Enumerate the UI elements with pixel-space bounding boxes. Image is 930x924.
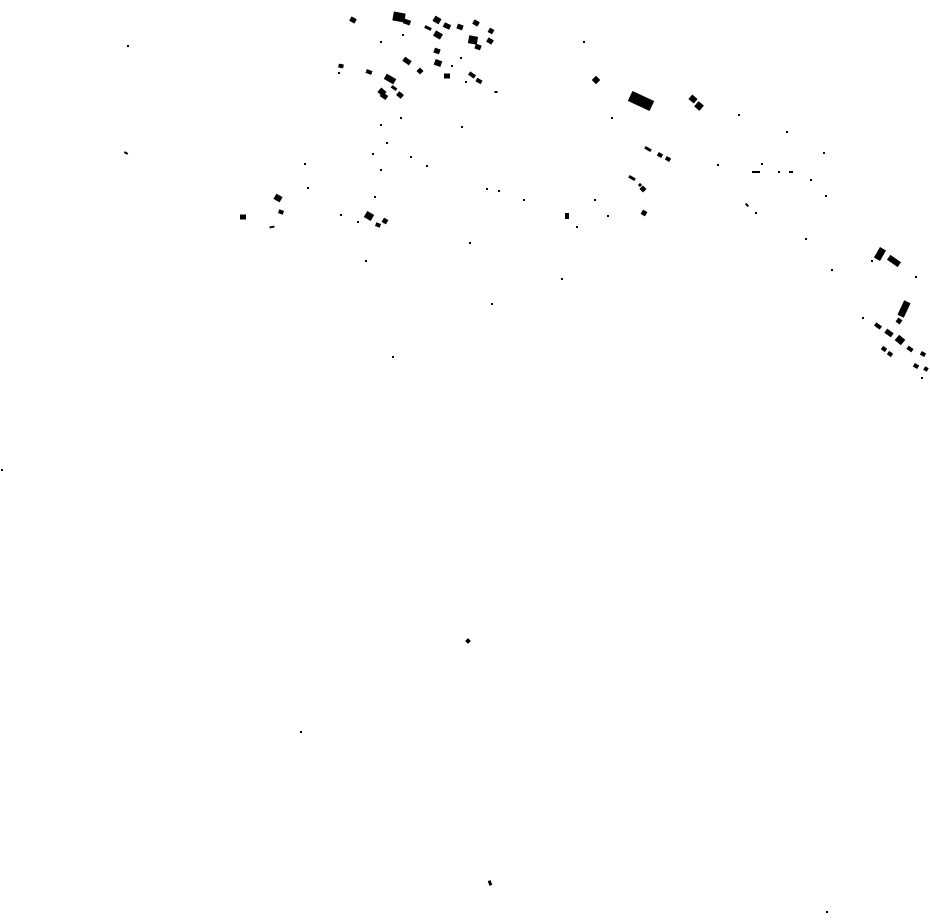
building-footprint bbox=[495, 91, 498, 93]
map-point bbox=[461, 126, 463, 128]
map-point bbox=[594, 199, 596, 201]
map-point bbox=[491, 303, 493, 305]
map-point bbox=[469, 242, 471, 244]
map-point bbox=[823, 152, 825, 154]
map-point bbox=[810, 179, 812, 181]
map-point bbox=[561, 278, 563, 280]
map-point bbox=[465, 81, 467, 83]
map-point bbox=[611, 117, 613, 119]
map-point bbox=[755, 212, 757, 214]
building-footprint bbox=[338, 64, 344, 69]
map-point bbox=[400, 117, 402, 119]
map-point bbox=[583, 41, 585, 43]
map-point bbox=[786, 131, 788, 133]
building-footprint-map[interactable] bbox=[0, 0, 930, 924]
map-point bbox=[805, 238, 807, 240]
map-point bbox=[738, 114, 740, 116]
map-point bbox=[607, 215, 609, 217]
building-footprint bbox=[752, 171, 760, 173]
building-footprint bbox=[789, 171, 793, 173]
map-point bbox=[392, 356, 394, 358]
map-point bbox=[340, 214, 342, 216]
map-background bbox=[0, 0, 930, 924]
map-point bbox=[402, 34, 404, 36]
map-point bbox=[451, 65, 453, 67]
map-point bbox=[460, 57, 462, 59]
building-footprint bbox=[565, 213, 569, 219]
map-point bbox=[862, 317, 864, 319]
map-point bbox=[426, 165, 428, 167]
map-point bbox=[307, 187, 309, 189]
map-point bbox=[498, 190, 500, 192]
map-point bbox=[831, 269, 833, 271]
map-point bbox=[410, 156, 412, 158]
building-footprint bbox=[240, 215, 246, 220]
map-point bbox=[761, 163, 763, 165]
map-point bbox=[127, 45, 129, 47]
map-point bbox=[717, 164, 719, 166]
map-point bbox=[372, 153, 374, 155]
map-point bbox=[380, 124, 382, 126]
map-point bbox=[778, 171, 780, 173]
map-point bbox=[304, 163, 306, 165]
building-footprint bbox=[444, 74, 450, 79]
map-point bbox=[915, 276, 917, 278]
map-point bbox=[523, 199, 525, 201]
map-point bbox=[365, 260, 367, 262]
map-point bbox=[357, 221, 359, 223]
map-point bbox=[486, 188, 488, 190]
map-point bbox=[380, 41, 382, 43]
map-point bbox=[386, 142, 388, 144]
map-canvas[interactable] bbox=[0, 0, 930, 924]
map-point bbox=[374, 196, 376, 198]
map-point bbox=[338, 72, 340, 74]
map-point bbox=[380, 169, 382, 171]
map-point bbox=[300, 731, 302, 733]
map-point bbox=[921, 377, 923, 379]
building-footprint bbox=[468, 35, 478, 44]
map-point bbox=[825, 195, 827, 197]
map-point bbox=[1, 469, 3, 471]
map-point bbox=[576, 226, 578, 228]
map-point bbox=[826, 911, 828, 913]
map-point bbox=[871, 260, 873, 262]
